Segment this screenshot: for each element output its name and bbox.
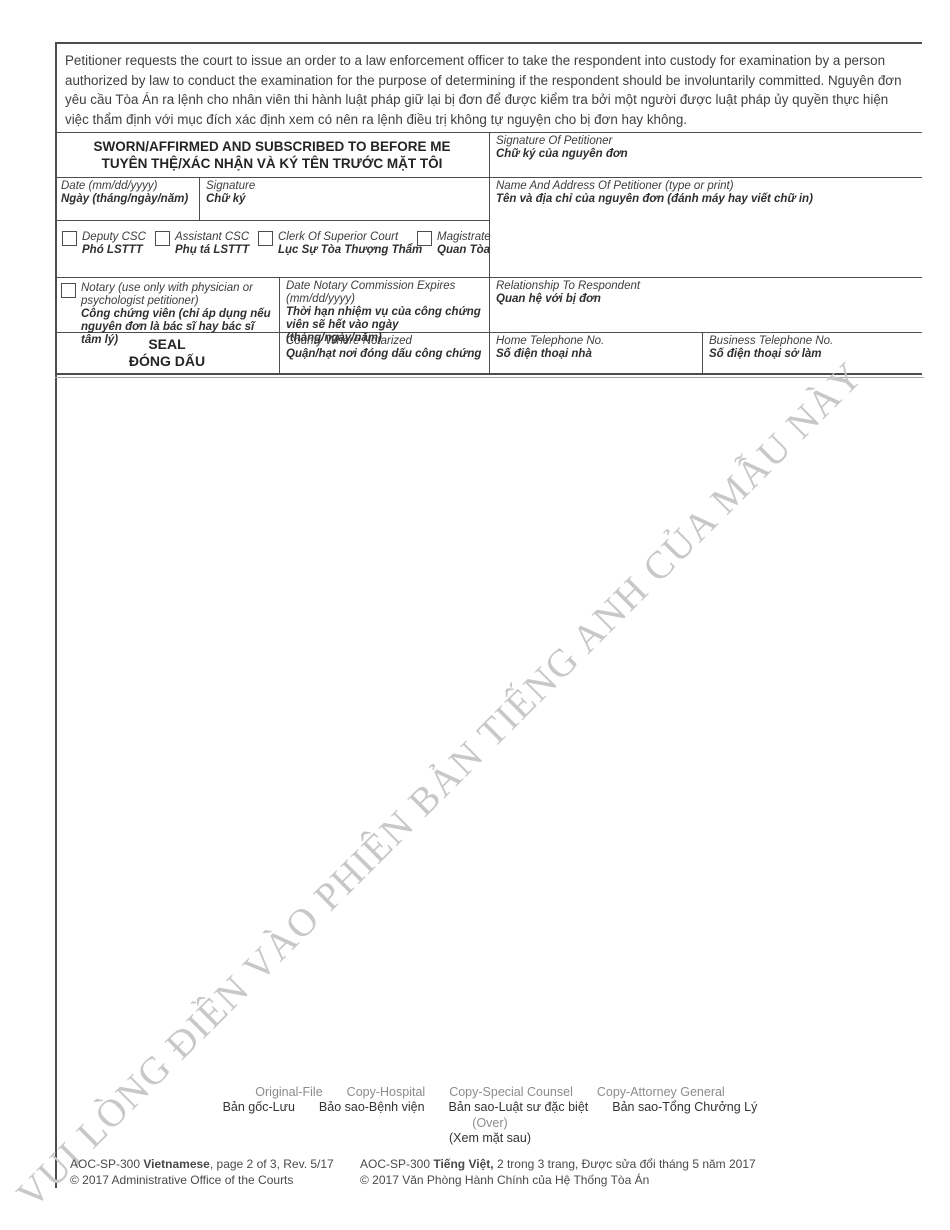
signature-label-vi: Chữ ký <box>206 193 483 206</box>
signature-field[interactable]: Signature Chữ ký <box>200 178 490 221</box>
name-address-field[interactable]: Name And Address Of Petitioner (type or … <box>490 178 922 278</box>
deputy-csc-label-vi: Phó LSTTT <box>82 244 146 257</box>
notary-label-en: Notary (use only with physician or psych… <box>81 282 273 308</box>
magistrate-option: Magistrate Quan Tòa <box>417 231 491 257</box>
clerk-superior-court-option: Clerk Of Superior Court Lục Sự Tòa Thượn… <box>258 231 422 257</box>
footer-right-bold: Tiếng Việt, <box>433 1157 493 1171</box>
business-phone-label-vi: Số điện thoại sở làm <box>709 348 916 361</box>
date-field[interactable]: Date (mm/dd/yyyy) Ngày (tháng/ngày/năm) <box>55 178 200 221</box>
seal-area: SEAL ĐÓNG DẤU <box>55 333 280 373</box>
name-address-label-vi: Tên và địa chỉ của nguyên đơn (đánh máy … <box>496 193 916 206</box>
sworn-affirmed-header: SWORN/AFFIRMED AND SUBSCRIBED TO BEFORE … <box>55 133 490 178</box>
county-label-vi: Quận/hạt nơi đóng dấu công chứng <box>286 348 483 361</box>
distribution-item: Original-File <box>255 1085 322 1100</box>
clerk-superior-court-checkbox[interactable] <box>258 231 273 246</box>
relationship-label-vi: Quan hệ với bị đơn <box>496 293 916 306</box>
intro-paragraph: Petitioner requests the court to issue a… <box>55 44 922 133</box>
seal-label-en: SEAL <box>61 336 273 353</box>
distribution-line-vi: Bản gốc-LưuBảo sao-Bệnh việnBản sao-Luật… <box>55 1100 925 1115</box>
footer-left-bold: Vietnamese <box>143 1157 210 1171</box>
footer-copyright-en: © 2017 Administrative Office of the Cour… <box>70 1172 334 1188</box>
deputy-csc-label-en: Deputy CSC <box>82 231 146 244</box>
magistrate-checkbox[interactable] <box>417 231 432 246</box>
clerk-superior-court-label-en: Clerk Of Superior Court <box>278 231 422 244</box>
assistant-csc-label-vi: Phụ tá LSTTT <box>175 244 249 257</box>
home-phone-label-vi: Số điện thoại nhà <box>496 348 696 361</box>
county-label-en: County Where Notarized <box>286 335 483 348</box>
assistant-csc-label-en: Assistant CSC <box>175 231 249 244</box>
business-phone-field[interactable]: Business Telephone No. Số điện thoại sở … <box>703 333 922 373</box>
home-phone-field[interactable]: Home Telephone No. Số điện thoại nhà <box>490 333 703 373</box>
footer-form-number-en: AOC-SP-300 Vietnamese, page 2 of 3, Rev.… <box>70 1156 334 1172</box>
official-capacity-row: Deputy CSC Phó LSTTT Assistant CSC Phụ t… <box>55 221 490 278</box>
distribution-item: Copy-Special Counsel <box>449 1085 573 1100</box>
distribution-line-en: Original-FileCopy-HospitalCopy-Special C… <box>55 1085 925 1100</box>
distribution-item: Bản sao-Tổng Chưởng Lý <box>612 1100 757 1115</box>
signature-label-en: Signature <box>206 180 483 193</box>
magistrate-label-en: Magistrate <box>437 231 491 244</box>
distribution-item: Bản sao-Luật sư đặc biệt <box>449 1100 589 1115</box>
assistant-csc-checkbox[interactable] <box>155 231 170 246</box>
notary-expires-label-en: Date Notary Commission Expires (mm/dd/yy… <box>286 280 483 306</box>
notary-option: Notary (use only with physician or psych… <box>55 278 280 333</box>
intro-text-en: Petitioner requests the court to issue a… <box>65 53 885 88</box>
business-phone-label-en: Business Telephone No. <box>709 335 916 348</box>
clerk-superior-court-label-vi: Lục Sự Tòa Thượng Thẩm <box>278 244 422 257</box>
form-page: Petitioner requests the court to issue a… <box>0 0 950 1230</box>
deputy-csc-option: Deputy CSC Phó LSTTT <box>62 231 146 257</box>
signature-of-petitioner-label-vi: Chữ ký của nguyên đơn <box>496 148 916 161</box>
seal-label-vi: ĐÓNG DẤU <box>61 353 273 370</box>
deputy-csc-checkbox[interactable] <box>62 231 77 246</box>
over-note-en: (Over) <box>55 1116 925 1131</box>
over-note-vi: (Xem mặt sau) <box>55 1131 925 1146</box>
distribution-item: Bảo sao-Bệnh viện <box>319 1100 425 1115</box>
distribution-item: Bản gốc-Lưu <box>223 1100 295 1115</box>
notary-expires-field[interactable]: Date Notary Commission Expires (mm/dd/yy… <box>280 278 490 333</box>
footer-left-suffix: , page 2 of 3, Rev. 5/17 <box>210 1157 334 1171</box>
home-phone-label-en: Home Telephone No. <box>496 335 696 348</box>
footer-vietnamese: AOC-SP-300 Tiếng Việt, 2 trong 3 trang, … <box>360 1156 756 1188</box>
relationship-label-en: Relationship To Respondent <box>496 280 916 293</box>
distribution-item: Copy-Attorney General <box>597 1085 725 1100</box>
footer-left-prefix: AOC-SP-300 <box>70 1157 143 1171</box>
signature-of-petitioner-label-en: Signature Of Petitioner <box>496 135 916 148</box>
name-address-label-en: Name And Address Of Petitioner (type or … <box>496 180 916 193</box>
sworn-title-en: SWORN/AFFIRMED AND SUBSCRIBED TO BEFORE … <box>61 138 483 155</box>
magistrate-label-vi: Quan Tòa <box>437 244 491 257</box>
section-divider-line <box>55 377 924 378</box>
assistant-csc-option: Assistant CSC Phụ tá LSTTT <box>155 231 249 257</box>
footer-right-prefix: AOC-SP-300 <box>360 1157 433 1171</box>
petition-form-table: Petitioner requests the court to issue a… <box>55 42 922 375</box>
distribution-block: Original-FileCopy-HospitalCopy-Special C… <box>55 1085 925 1146</box>
notary-checkbox[interactable] <box>61 283 76 298</box>
footer-english: AOC-SP-300 Vietnamese, page 2 of 3, Rev.… <box>70 1156 334 1188</box>
date-label-vi: Ngày (tháng/ngày/năm) <box>61 193 193 206</box>
footer-form-number-vi: AOC-SP-300 Tiếng Việt, 2 trong 3 trang, … <box>360 1156 756 1172</box>
footer-copyright-vi: © 2017 Văn Phòng Hành Chính của Hệ Thống… <box>360 1172 756 1188</box>
relationship-field[interactable]: Relationship To Respondent Quan hệ với b… <box>490 278 922 333</box>
county-field[interactable]: County Where Notarized Quận/hạt nơi đóng… <box>280 333 490 373</box>
signature-of-petitioner-field[interactable]: Signature Of Petitioner Chữ ký của nguyê… <box>490 133 922 178</box>
distribution-item: Copy-Hospital <box>347 1085 426 1100</box>
sworn-title-vi: TUYÊN THỆ/XÁC NHẬN VÀ KÝ TÊN TRƯỚC MẶT T… <box>61 155 483 172</box>
footer-right-suffix: 2 trong 3 trang, Được sửa đổi tháng 5 nă… <box>494 1157 756 1171</box>
date-label-en: Date (mm/dd/yyyy) <box>61 180 193 193</box>
